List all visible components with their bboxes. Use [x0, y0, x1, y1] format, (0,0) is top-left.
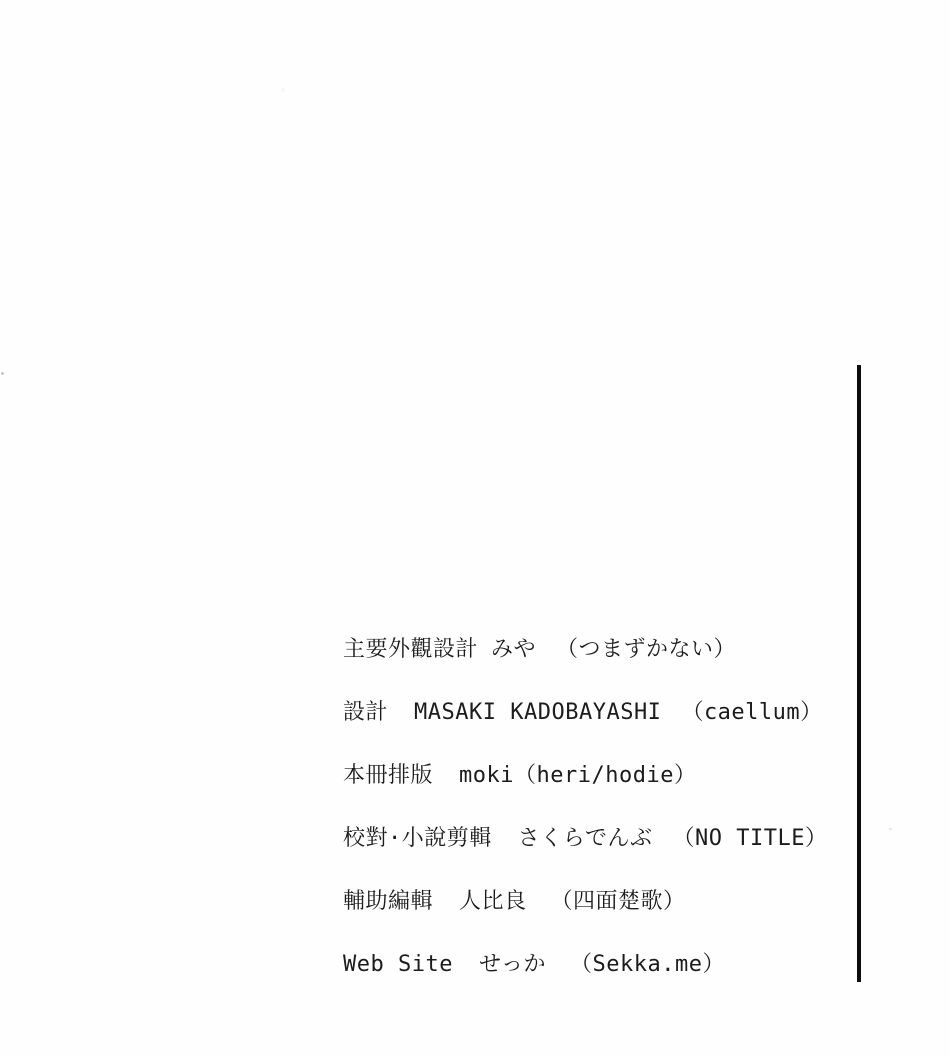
credit-note: （heri/hodie）: [514, 764, 696, 788]
credit-role: 本冊排版: [343, 764, 433, 788]
credit-name: MASAKI KADOBAYASHI: [414, 701, 661, 725]
credit-note: （Sekka.me）: [570, 953, 725, 977]
credit-name: せっか: [479, 953, 546, 977]
credit-line-main-design: 主要外觀設計 みや （つまずかない）: [343, 638, 828, 701]
credit-line-design: 設計 MASAKI KADOBAYASHI （caellum）: [343, 701, 828, 764]
credit-note: （caellum）: [681, 701, 822, 725]
credit-role: Web Site: [343, 953, 453, 977]
credit-note: （NO TITLE）: [673, 827, 828, 851]
credit-role: 主要外觀設計: [343, 638, 478, 662]
credit-role: 校對·小說剪輯: [343, 827, 492, 851]
scan-speck: [281, 88, 285, 92]
credit-name: みや: [491, 638, 536, 662]
scan-speck: [889, 828, 892, 830]
credit-name: 人比良: [459, 890, 527, 914]
credit-role: 設計: [343, 701, 388, 725]
credit-name: moki: [459, 764, 514, 788]
credit-note: （つまずかない）: [556, 638, 736, 662]
credits-list: 主要外觀設計 みや （つまずかない） 設計 MASAKI KADOBAYASHI…: [343, 638, 828, 1016]
credit-line-website: Web Site せっか （Sekka.me）: [343, 953, 828, 1016]
credit-line-typesetting: 本冊排版 moki （heri/hodie）: [343, 764, 828, 827]
credit-line-proofreading: 校對·小說剪輯 さくらでんぶ （NO TITLE）: [343, 827, 828, 890]
credit-name: さくらでんぶ: [518, 827, 653, 851]
right-vertical-rule: [857, 365, 861, 982]
credit-note: （四面楚歌）: [551, 890, 686, 914]
scan-speck: [1, 372, 4, 375]
credit-line-assistant-editing: 輔助編輯 人比良 （四面楚歌）: [343, 890, 828, 953]
credit-role: 輔助編輯: [343, 890, 433, 914]
scanned-page: 主要外觀設計 みや （つまずかない） 設計 MASAKI KADOBAYASHI…: [0, 0, 950, 1057]
